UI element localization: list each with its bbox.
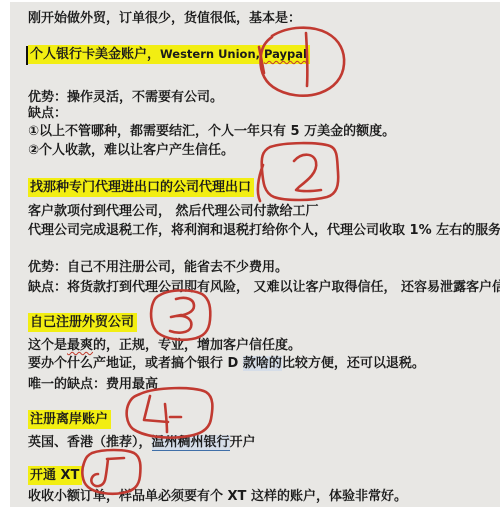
intro-text: 刚开始做外贸，订单很少，货值很低，基本是： bbox=[28, 10, 301, 27]
heading-1-cn: 个人银行卡美金账户， bbox=[30, 47, 160, 62]
heading-offshore-account: 注册离岸账户 bbox=[28, 411, 111, 428]
sec2-advantage: 优势：自己不用注册公司，能省去不少费用。 bbox=[28, 259, 288, 276]
sec2-line-1: 客户款项付到代理公司， 然后代理公司付款给工厂 bbox=[28, 203, 319, 220]
sec3-line-1-pre: 这个是 bbox=[28, 338, 67, 353]
highlight-4: 注册离岸账户 bbox=[28, 410, 111, 429]
sec1-disadvantage-2: ②个人收款，难以让客户产生信任。 bbox=[28, 142, 234, 159]
highlight-5: 开通 XT bbox=[28, 466, 82, 485]
sec2-disadvantage: 缺点：将货款打到代理公司即有风险， 又难以让客户取得信任， 还容易泄露客户信息。 bbox=[28, 279, 500, 296]
sec3-line-1-post: 的，正规，专业，增加客户信任度。 bbox=[93, 338, 301, 353]
sec2-line-2: 代理公司完成退税工作，将利润和退税打给你个人，代理公司收取 1% 左右的服务费。 bbox=[28, 222, 500, 239]
heading-open-xt: 开通 XT bbox=[28, 467, 82, 484]
sec4-line-1: 英国、香港（推荐），温州稠州银行开户 bbox=[28, 434, 256, 451]
bank-hyperlink[interactable]: 温州稠州银行 bbox=[152, 435, 230, 451]
sec3-line-2: 要办个什么产地证，或者搞个银行 D 款啥的比较方便，还可以退税。 bbox=[28, 355, 425, 372]
sec1-disadvantage-1: ①以上不管哪种，都需要结汇，个人一年只有 5 万美金的额度。 bbox=[28, 123, 395, 140]
sec3-line-2-shaded: 款啥的 bbox=[243, 356, 282, 371]
sec1-disadvantage-label: 缺点： bbox=[28, 105, 67, 122]
highlight-1: 个人银行卡美金账户，Western Union, Paypal bbox=[28, 45, 310, 64]
sec4-line-1-post: 开户 bbox=[230, 435, 256, 450]
heading-1-paypal: Paypal bbox=[264, 47, 307, 61]
heading-agent-export: 找那种专门代理进出口的公司代理出口 bbox=[28, 179, 254, 196]
sec5-line-1: 收收小额订单，样品单必须要有个 XT 这样的账户，体验非常好。 bbox=[28, 488, 407, 505]
heading-1-en: Western Union, bbox=[160, 47, 264, 61]
highlight-2: 找那种专门代理进出口的公司代理出口 bbox=[28, 178, 254, 197]
sec3-line-1: 这个是最爽的，正规，专业，增加客户信任度。 bbox=[28, 337, 301, 354]
heading-personal-account: 个人银行卡美金账户，Western Union, Paypal bbox=[28, 46, 310, 63]
sec3-line-3: 唯一的缺点：费用最高 bbox=[28, 376, 158, 393]
text-cursor bbox=[26, 46, 28, 65]
sec3-line-2-post: 比较方便，还可以退税。 bbox=[282, 356, 425, 371]
sec3-line-2-pre: 要办个什么产地证，或者搞个银行 D bbox=[28, 356, 243, 371]
sec4-line-1-pre: 英国、香港（推荐）， bbox=[28, 435, 152, 450]
sec1-advantage: 优势：操作灵活，不需要有公司。 bbox=[28, 89, 223, 106]
sec3-line-1-misspell: 最爽 bbox=[67, 338, 93, 353]
highlight-3: 自己注册外贸公司 bbox=[28, 313, 137, 332]
heading-own-company: 自己注册外贸公司 bbox=[28, 314, 137, 331]
document-page: 刚开始做外贸，订单很少，货值很低，基本是： 个人银行卡美金账户，Western … bbox=[10, 2, 500, 507]
